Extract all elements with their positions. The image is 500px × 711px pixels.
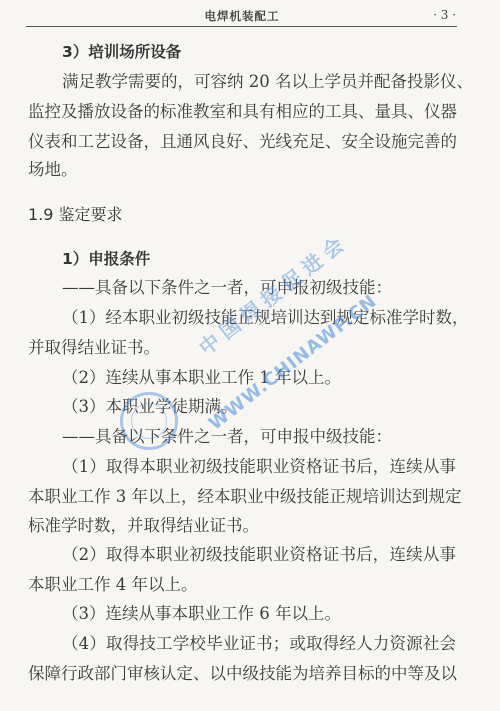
page-number: · 3 · — [433, 8, 456, 22]
paragraph-line: （1）取得本职业初级技能职业资格证书后，连续从事 — [62, 457, 456, 477]
paragraph-line: 标准学时数，并取得结业证书。 — [28, 516, 456, 536]
paragraph-line: （3）本职业学徒期满。 — [62, 397, 456, 417]
paragraph-line: 保障行政部门审核认定、以中级技能为培养目标的中等及以 — [28, 664, 456, 684]
paragraph-line: ——具备以下条件之一者，可申报初级技能： — [62, 278, 456, 298]
paragraph-line: （2）取得本职业初级技能职业资格证书后，连续从事 — [62, 545, 456, 565]
paragraph-line: ——具备以下条件之一者，可申报中级技能： — [62, 427, 456, 447]
paragraph-line: （3）连续从事本职业工作 6 年以上。 — [62, 604, 456, 624]
header-rule — [26, 26, 457, 27]
section-heading-1-9: 1.9 鉴定要求 — [28, 205, 456, 225]
running-header: 电焊机装配工 · 3 · — [28, 6, 456, 26]
paragraph-line: 监控及播放设备的标准教室和具有相应的工具、量具、仪器 — [28, 102, 456, 122]
paragraph-line: 场地。 — [28, 160, 456, 180]
subheading-training-facilities: 3）培训场所设备 — [62, 42, 456, 62]
document-page: 电焊机装配工 · 3 · 3）培训场所设备 满足教学需要的，可容纳 20 名以上… — [0, 0, 500, 711]
book-title: 电焊机装配工 — [28, 8, 456, 24]
paragraph-line: 仪表和工艺设备，且通风良好、光线充足、安全设施完善的 — [28, 132, 456, 152]
paragraph-line: （1）经本职业初级技能正规培训达到规定标准学时数， — [62, 308, 456, 328]
paragraph-line: 本职业工作 4 年以上。 — [28, 575, 456, 595]
paragraph-line: 满足教学需要的，可容纳 20 名以上学员并配备投影仪、 — [62, 72, 456, 92]
paragraph-line: 并取得结业证书。 — [28, 338, 456, 358]
paragraph-line: （2）连续从事本职业工作 1 年以上。 — [62, 368, 456, 388]
paragraph-line: 本职业工作 3 年以上，经本职业中级技能正规培训达到规定 — [28, 487, 456, 507]
subheading-application-conditions: 1）申报条件 — [62, 249, 456, 269]
paragraph-line: （4）取得技工学校毕业证书；或取得经人力资源社会 — [62, 634, 456, 654]
